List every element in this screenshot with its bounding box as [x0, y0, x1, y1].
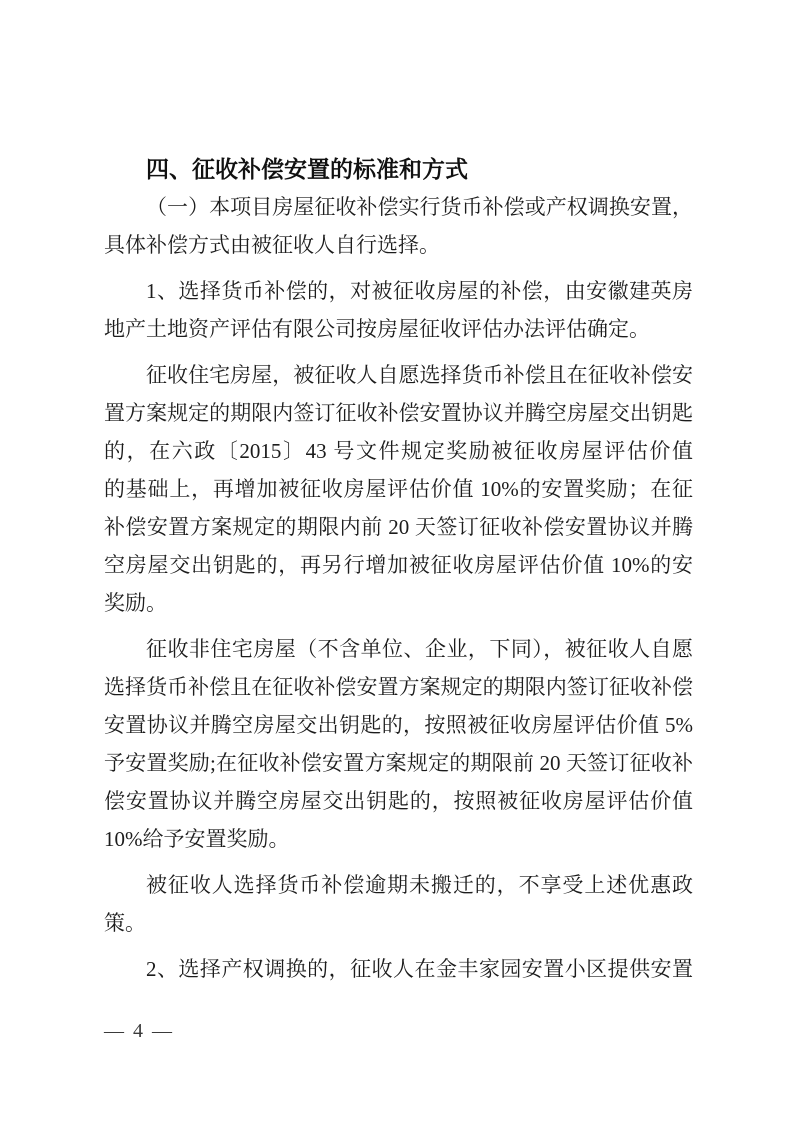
- text-line: 偿安置协议并腾空房屋交出钥匙的，按照被征收房屋评估价值: [104, 782, 693, 820]
- text-line: 征收非住宅房屋（不含单位、企业，下同），被征收人自愿: [104, 630, 693, 668]
- document-page: 四、征收补偿安置的标准和方式 （一）本项目房屋征收补偿实行货币补偿或产权调换安置…: [0, 0, 793, 1122]
- section-heading: 四、征收补偿安置的标准和方式: [104, 150, 693, 188]
- text-line: 的基础上，再增加被征收房屋评估价值 10%的安置奖励；在征收: [104, 470, 693, 508]
- text-line: 的，在六政〔2015〕43 号文件规定奖励被征收房屋评估价值 10%: [104, 432, 693, 470]
- paragraph: 征收非住宅房屋（不含单位、企业，下同），被征收人自愿选择货币补偿且在征收补偿安置…: [104, 630, 693, 858]
- text-line: 地产土地资产评估有限公司按房屋征收评估办法评估确定。: [104, 310, 693, 348]
- text-line: 被征收人选择货币补偿逾期未搬迁的，不享受上述优惠政: [104, 866, 693, 904]
- text-line: 征收住宅房屋，被征收人自愿选择货币补偿且在征收补偿安: [104, 356, 693, 394]
- text-line: 予安置奖励;在征收补偿安置方案规定的期限前 20 天签订征收补: [104, 744, 693, 782]
- text-line: （一）本项目房屋征收补偿实行货币补偿或产权调换安置，: [104, 188, 693, 226]
- paragraph: 2、选择产权调换的，征收人在金丰家园安置小区提供安置: [104, 950, 693, 988]
- text-line: 1、选择货币补偿的，对被征收房屋的补偿，由安徽建英房: [104, 272, 693, 310]
- paragraph: 被征收人选择货币补偿逾期未搬迁的，不享受上述优惠政策。: [104, 866, 693, 942]
- paragraph: （一）本项目房屋征收补偿实行货币补偿或产权调换安置，具体补偿方式由被征收人自行选…: [104, 188, 693, 264]
- text-line: 奖励。: [104, 584, 693, 622]
- text-line: 安置协议并腾空房屋交出钥匙的，按照被征收房屋评估价值 5%给: [104, 706, 693, 744]
- text-line: 置方案规定的期限内签订征收补偿安置协议并腾空房屋交出钥匙: [104, 394, 693, 432]
- document-body: 四、征收补偿安置的标准和方式 （一）本项目房屋征收补偿实行货币补偿或产权调换安置…: [104, 150, 693, 988]
- text-line: 策。: [104, 904, 693, 942]
- text-line: 选择货币补偿且在征收补偿安置方案规定的期限内签订征收补偿: [104, 668, 693, 706]
- paragraph-container: （一）本项目房屋征收补偿实行货币补偿或产权调换安置，具体补偿方式由被征收人自行选…: [104, 188, 693, 988]
- text-line: 2、选择产权调换的，征收人在金丰家园安置小区提供安置: [104, 950, 693, 988]
- text-line: 具体补偿方式由被征收人自行选择。: [104, 226, 693, 264]
- paragraph: 1、选择货币补偿的，对被征收房屋的补偿，由安徽建英房地产土地资产评估有限公司按房…: [104, 272, 693, 348]
- text-line: 补偿安置方案规定的期限内前 20 天签订征收补偿安置协议并腾: [104, 508, 693, 546]
- page-number: — 4 —: [104, 1019, 174, 1043]
- text-line: 10%给予安置奖励。: [104, 820, 693, 858]
- text-line: 空房屋交出钥匙的，再另行增加被征收房屋评估价值 10%的安置: [104, 546, 693, 584]
- paragraph: 征收住宅房屋，被征收人自愿选择货币补偿且在征收补偿安置方案规定的期限内签订征收补…: [104, 356, 693, 622]
